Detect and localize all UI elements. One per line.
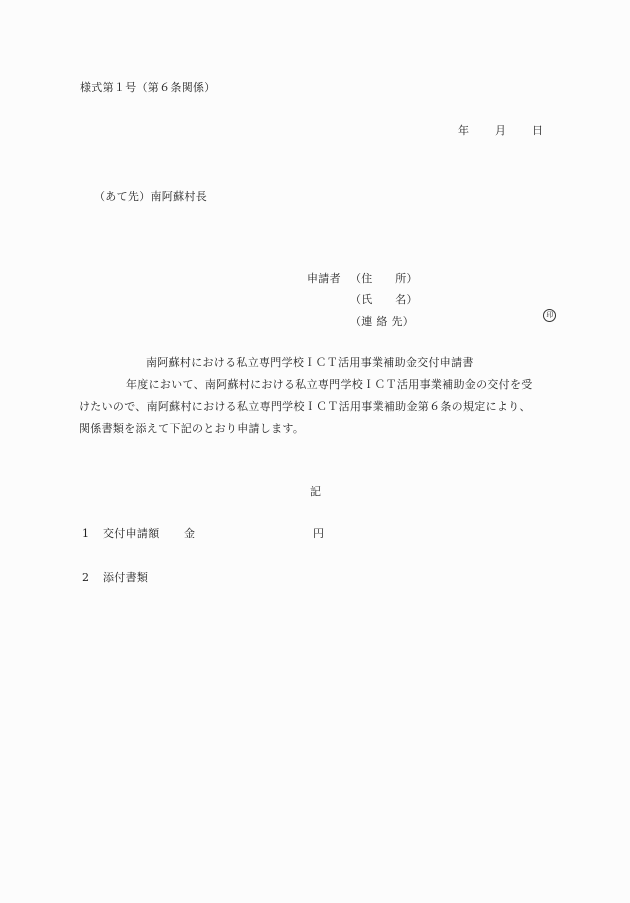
date-day: 日 [532, 124, 543, 138]
seal-mark: 印 [528, 293, 556, 336]
item-2-number: 2 [82, 571, 89, 585]
record-heading: 記 [310, 485, 321, 499]
item-1-number: 1 [82, 527, 89, 541]
item-2-label: 添付書類 [103, 571, 148, 585]
body-line-2: けたいので、南阿蘇村における私立専門学校ＩＣＴ活用事業補助金第６条の規定により、 [79, 400, 531, 414]
applicant-label: 申請者 [307, 272, 341, 286]
applicant-contact-label: （連 絡 先） [350, 315, 414, 329]
document-title: 南阿蘇村における私立専門学校ＩＣＴ活用事業補助金交付申請書 [146, 356, 474, 370]
body-line-3: 関係書類を添えて下記のとおり申請します。 [79, 422, 304, 436]
applicant-address-label: （住 所） [350, 272, 418, 286]
body-line-1: 年度において、南阿蘇村における私立専門学校ＩＣＴ活用事業補助金の交付を受 [126, 378, 533, 392]
item-1-unit: 円 [313, 527, 324, 541]
date-month: 月 [495, 124, 506, 138]
applicant-name-label: （氏 名） [350, 293, 418, 307]
date-year: 年 [458, 124, 469, 138]
item-1-label: 交付申請額 [103, 527, 160, 541]
seal-icon: 印 [543, 309, 556, 322]
addressee: （あて先）南阿蘇村長 [94, 190, 207, 204]
item-1-prefix: 金 [184, 527, 195, 541]
form-label: 様式第１号（第６条関係） [80, 81, 216, 95]
